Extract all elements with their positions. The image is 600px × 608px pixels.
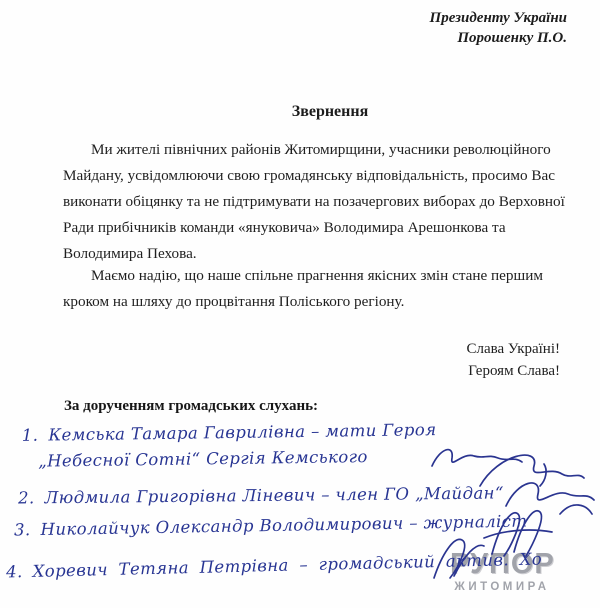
paragraph-1: Ми жителі північних районів Житомирщини,… <box>63 137 565 267</box>
closing-line-2: Героям Слава! <box>466 360 560 382</box>
signatory-1-line-1: 1.Кемська Тамара Гаврилівна – мати Героя <box>22 420 437 445</box>
signatory-4-number: 4. <box>6 562 23 581</box>
paragraph-2: Маємо надію, що наше спільне прагнення я… <box>63 263 565 315</box>
document-title: Звернення <box>60 103 600 121</box>
document-page: Президенту України Порошенку П.О. Зверне… <box>0 0 600 608</box>
signatory-1-number: 1. <box>22 426 39 445</box>
recipient-block: Президенту України Порошенку П.О. <box>430 8 567 48</box>
recipient-line-1: Президенту України <box>430 8 567 28</box>
signatory-1-line-2: „Небесної Сотні“ Сергія Кемського <box>22 446 437 471</box>
closing-block: Слава Україні! Героям Слава! <box>466 338 560 382</box>
closing-line-1: Слава Україні! <box>466 338 560 360</box>
watermark-line-2: ЖИТОМИРА <box>450 581 554 593</box>
commission-heading: За дорученням громадських слухань: <box>64 398 318 415</box>
signatory-1-text: Кемська Тамара Гаврилівна – мати Героя <box>48 420 436 444</box>
signatory-2-number: 2. <box>18 488 35 507</box>
recipient-line-2: Порошенку П.О. <box>430 28 567 48</box>
signatory-3-number: 3. <box>14 520 31 539</box>
signature-scribble-4 <box>420 532 492 582</box>
signatory-1: 1.Кемська Тамара Гаврилівна – мати Героя… <box>22 420 437 471</box>
